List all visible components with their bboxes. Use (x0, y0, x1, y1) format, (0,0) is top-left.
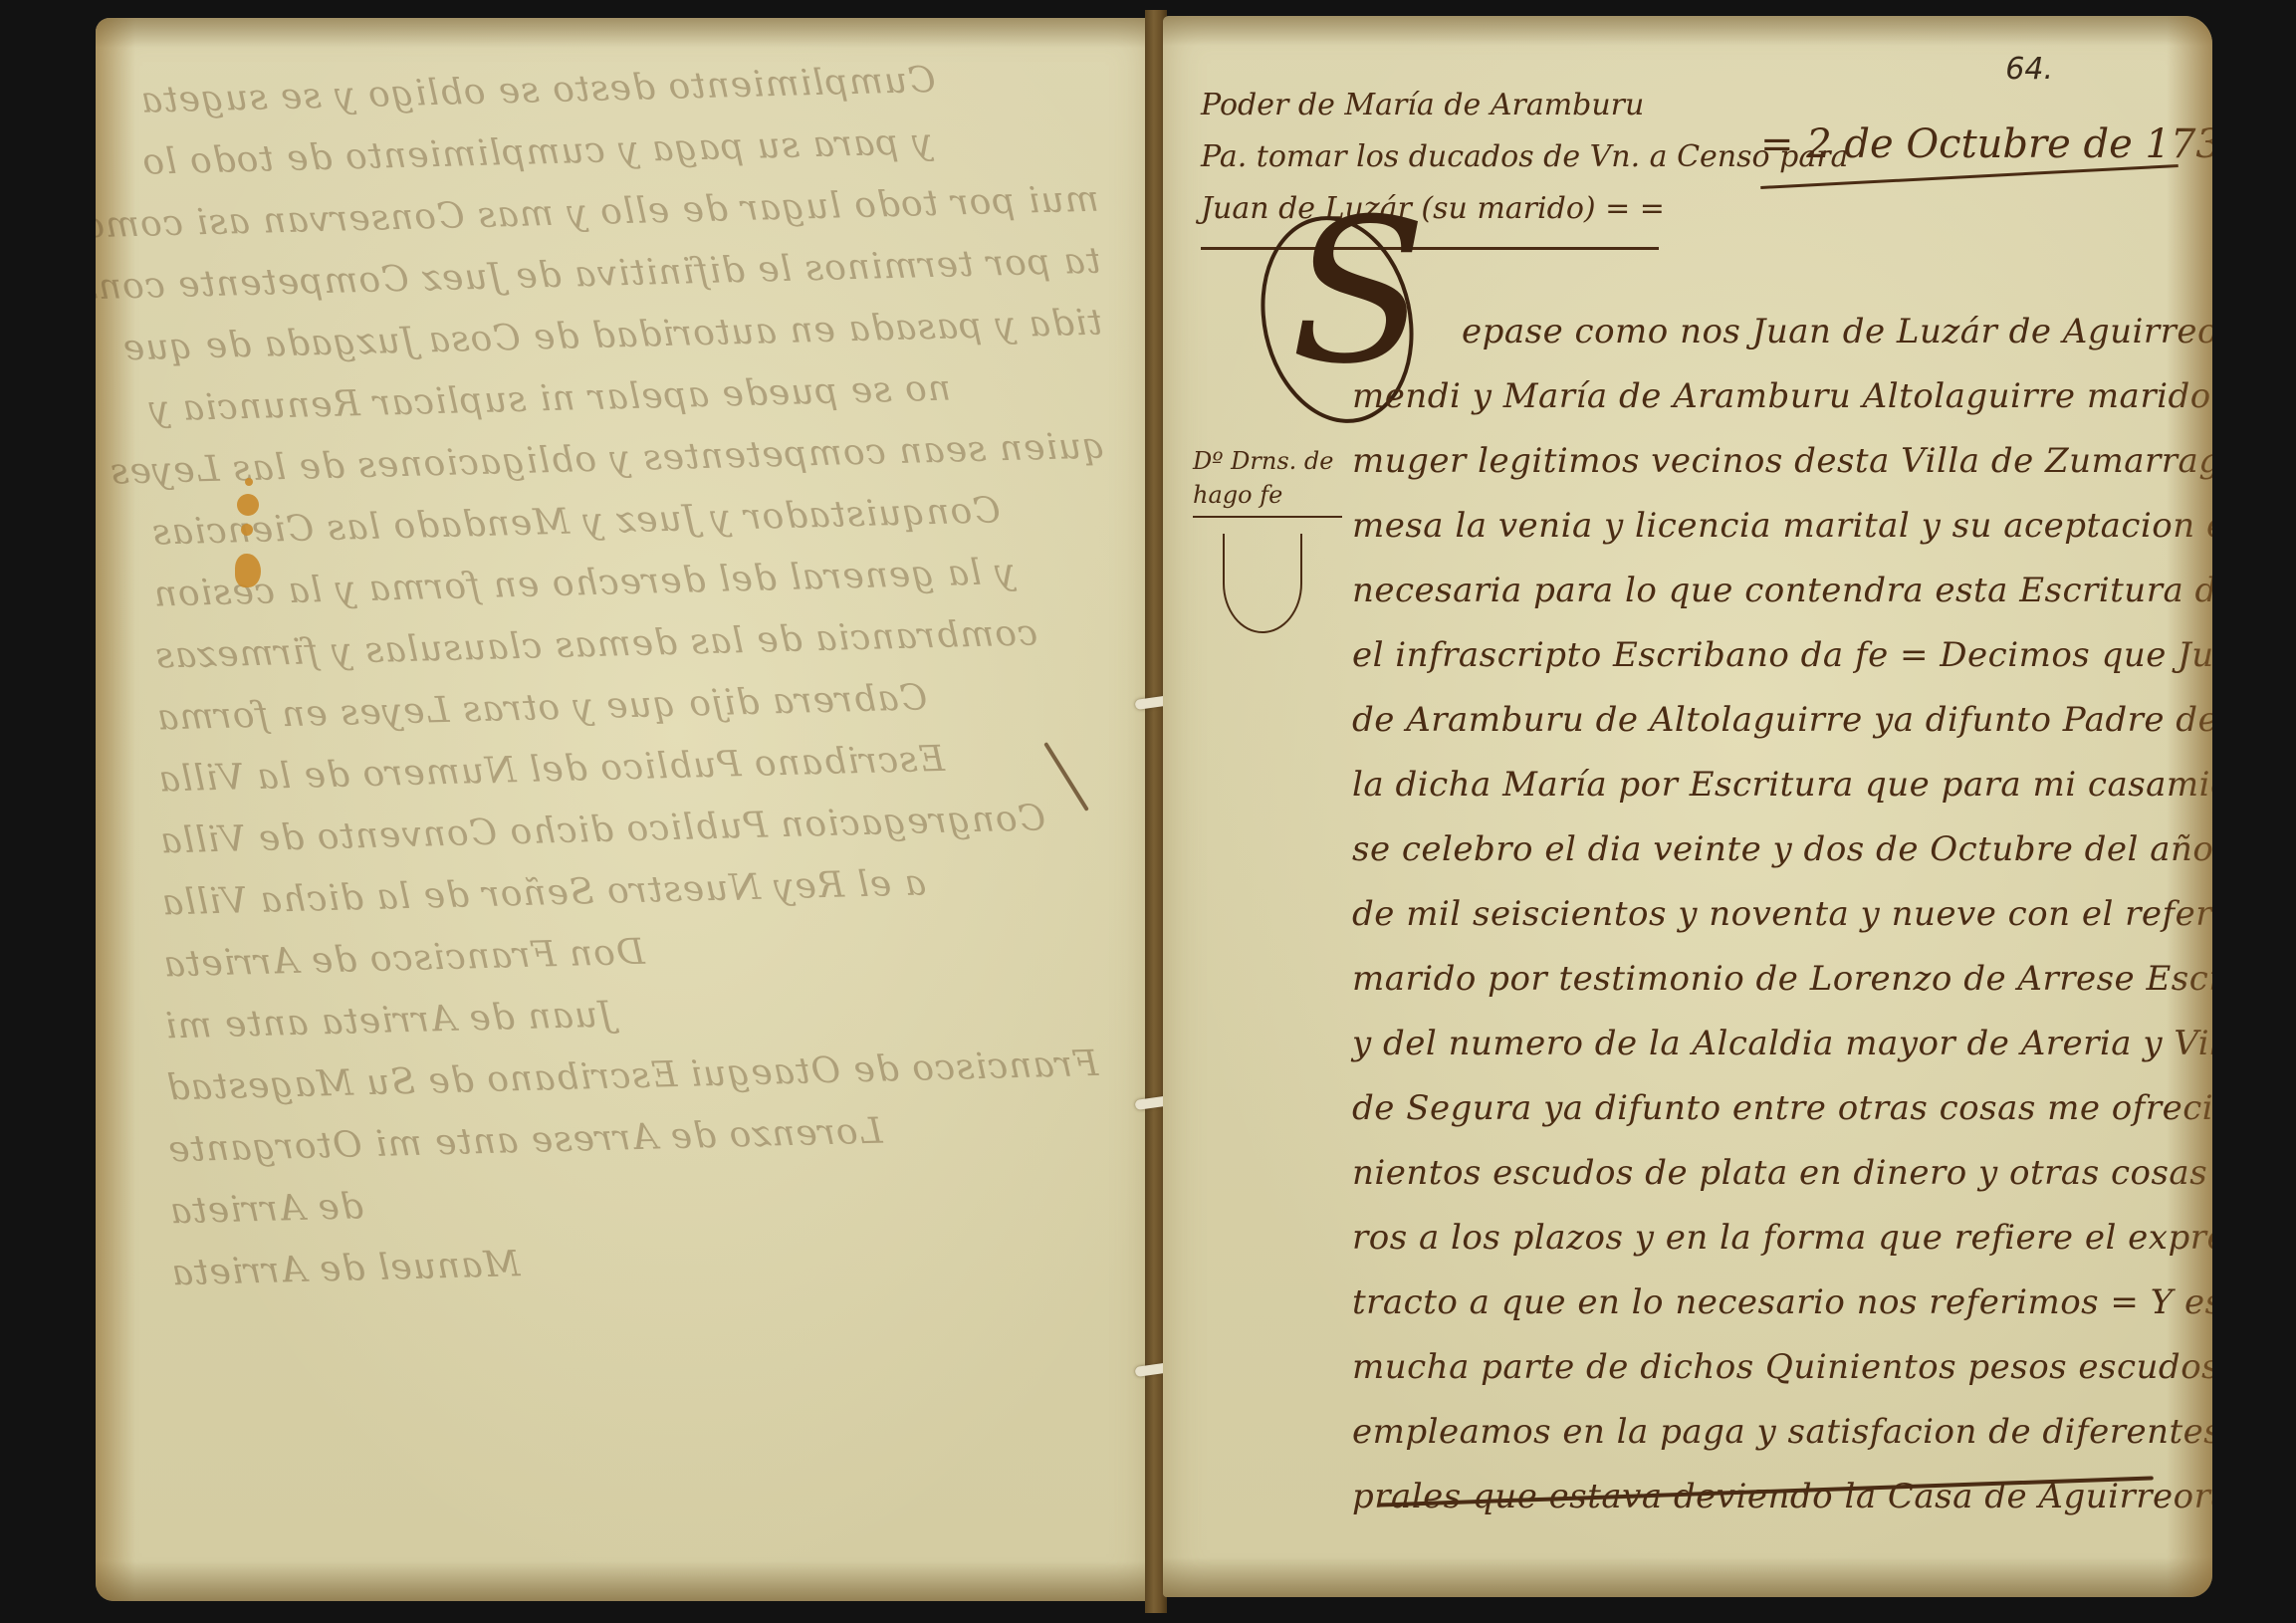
deed-body: epase como nos Juan de Luzár de Aguirreo… (1352, 300, 2179, 1529)
body-line: empleamos en la paga y satisfacion de di… (1352, 1400, 2179, 1465)
paper-edge-bottom (96, 1561, 1153, 1601)
body-line: tracto a que en lo necesario nos referim… (1352, 1271, 2179, 1335)
body-line: muger legitimos vecinos desta Villa de Z… (1352, 429, 2179, 494)
body-line: de mil seiscientos y noventa y nueve con… (1352, 882, 2179, 947)
body-line: mucha parte de dichos Quinientos pesos e… (1352, 1335, 2179, 1400)
body-line: de Aramburu de Altolaguirre ya difunto P… (1352, 688, 2179, 753)
heading-line: Poder de María de Aramburu (1201, 80, 1738, 131)
heading-line: Pa. tomar los ducados de Vn. a Censo par… (1201, 131, 1738, 183)
document-heading: Poder de María de Aramburu Pa. tomar los… (1201, 80, 1738, 235)
body-line: la dicha María por Escritura que para mi… (1352, 753, 2179, 817)
paper-edge-bottom (1163, 1557, 2212, 1597)
body-line: de Segura ya difunto entre otras cosas m… (1352, 1076, 2179, 1141)
right-page: 64. Poder de María de Aramburu Pa. tomar… (1163, 16, 2212, 1597)
body-line: mendi y María de Aramburu Altolaguirre m… (1352, 364, 2179, 429)
heading-line: Juan de Luzár (su marido) = = (1201, 183, 1738, 235)
folio-number: 64. (2005, 52, 2053, 87)
body-line: nientos escudos de plata en dinero y otr… (1352, 1141, 2179, 1206)
paper-edge-top (96, 18, 1153, 48)
bleed-through-text: Cumplimiento desto se obligo y se sugeta… (139, 46, 1127, 1305)
ink-stain (245, 478, 253, 486)
margin-note-line: hago fe (1193, 481, 1282, 509)
body-line: el infrascripto Escribano da fe = Decimo… (1352, 623, 2179, 688)
body-line: y del numero de la Alcaldia mayor de Are… (1352, 1012, 2179, 1076)
body-line: necesaria para lo que contendra esta Esc… (1352, 559, 2179, 623)
margin-note-line: Dº Drns. de (1193, 447, 1333, 475)
left-page: Cumplimiento desto se obligo y se sugeta… (96, 18, 1153, 1601)
body-line: marido por testimonio de Lorenzo de Arre… (1352, 947, 2179, 1012)
notary-flourish (1223, 534, 1302, 633)
body-line: prales que estava deviendo la Casa de Ag… (1352, 1465, 2179, 1529)
ink-stain (241, 524, 253, 536)
ink-stain (237, 494, 259, 516)
body-line: se celebro el dia veinte y dos de Octubr… (1352, 817, 2179, 882)
margin-note: Dº Drns. de hago fe (1193, 444, 1352, 518)
body-line: ros a los plazos y en la forma que refie… (1352, 1206, 2179, 1271)
paper-edge-top (1163, 16, 2212, 46)
body-line: mesa la venia y licencia marital y su ac… (1352, 494, 2179, 559)
document-date: = 2 de Octubre de 1736 = (1760, 121, 2212, 167)
body-line: epase como nos Juan de Luzár de Aguirreo… (1352, 300, 2179, 364)
ink-stain (235, 554, 261, 587)
book-spread: Cumplimiento desto se obligo y se sugeta… (0, 0, 2296, 1623)
margin-note-rule (1193, 516, 1342, 518)
heading-underline (1201, 247, 1659, 250)
